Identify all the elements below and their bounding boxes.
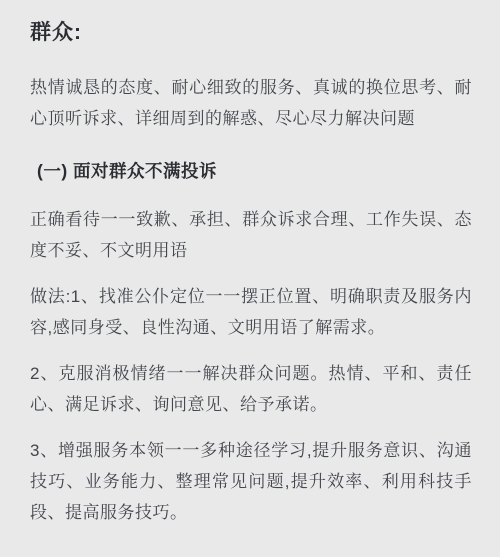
paragraph-method-2: 2、克服消极情绪一一解决群众问题。热情、平和、责任心、满足诉求、询问意见、给予承… [30, 358, 472, 420]
intro-paragraph: 热情诚恳的态度、耐心细致的服务、真诚的换位思考、耐心顶听诉求、详细周到的解惑、尽… [30, 72, 472, 134]
paragraph-method-3: 3、增强服务本领一一多种途径学习,提升服务意识、沟通技巧、业务能力、整理常见问题… [30, 435, 472, 528]
article-page: 群众: 热情诚恳的态度、耐心细致的服务、真诚的换位思考、耐心顶听诉求、详细周到的… [0, 0, 500, 557]
page-title: 群众: [30, 16, 472, 46]
paragraph-correct-attitude: 正确看待一一致歉、承担、群众诉求合理、工作失误、态度不妥、不文明用语 [30, 204, 472, 266]
paragraph-method-1: 做法:1、找准公仆定位一一摆正位置、明确职责及服务内容,感同身受、良性沟通、文明… [30, 281, 472, 343]
section-heading: (一) 面对群众不满投诉 [37, 158, 472, 183]
